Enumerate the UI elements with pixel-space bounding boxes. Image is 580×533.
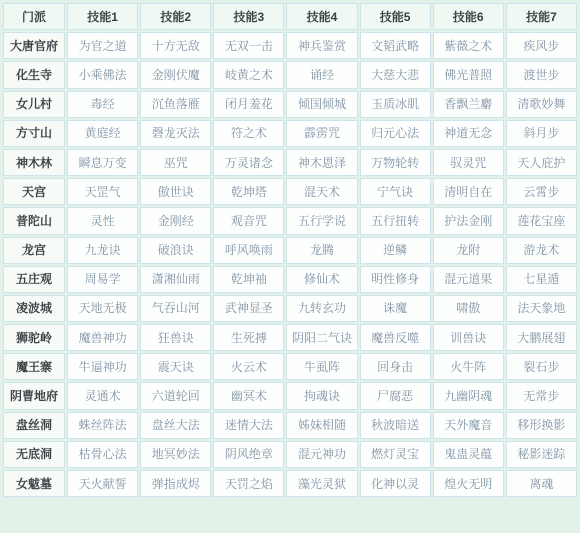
faction-name-cell: 化生寺	[3, 61, 65, 88]
table-row: 普陀山灵性金刚经观音咒五行学说五行扭转护法金刚莲花宝座	[3, 207, 577, 234]
skill-cell: 龙附	[433, 237, 504, 264]
skill-cell: 金刚伏魔	[140, 61, 211, 88]
faction-name-cell: 神木林	[3, 149, 65, 176]
table-row: 凌波城天地无极气吞山河武神显圣九转玄功诛魔啸傲法天象地	[3, 295, 577, 322]
skill-cell: 九龙诀	[67, 237, 138, 264]
skill-cell: 蛛丝阵法	[67, 412, 138, 439]
skill-cell: 破浪诀	[140, 237, 211, 264]
skill-cell: 五行扭转	[360, 207, 431, 234]
skill-cell: 游龙术	[506, 237, 577, 264]
skill-cell: 回身击	[360, 353, 431, 380]
skill-cell: 天火献誓	[67, 470, 138, 497]
skill-cell: 磬龙灭法	[140, 120, 211, 147]
skill-cell: 神木恩泽	[286, 149, 357, 176]
skill-cell: 莲花宝座	[506, 207, 577, 234]
skill-cell: 乾坤塔	[213, 178, 284, 205]
skill-cell: 十方无敌	[140, 32, 211, 59]
skill-cell: 乾坤袖	[213, 266, 284, 293]
faction-name-cell: 大唐官府	[3, 32, 65, 59]
skill-cell: 拘魂诀	[286, 382, 357, 409]
skill-cell: 魔兽神功	[67, 324, 138, 351]
skill-cell: 万灵诸念	[213, 149, 284, 176]
column-header: 技能5	[360, 3, 431, 30]
skill-cell: 弹指成烬	[140, 470, 211, 497]
table-row: 魔王寨牛逼神功震天诀火云术牛虱阵回身击火牛阵裂石步	[3, 353, 577, 380]
skill-cell: 宁气诀	[360, 178, 431, 205]
skill-cell: 瞬息万变	[67, 149, 138, 176]
skill-cell: 潇湘仙雨	[140, 266, 211, 293]
skill-cell: 鬼蛊灵蕴	[433, 441, 504, 468]
skill-cell: 诵经	[286, 61, 357, 88]
skill-cell: 阴风绝章	[213, 441, 284, 468]
skills-table-container: 门派技能1技能2技能3技能4技能5技能6技能7 大唐官府为官之道十方无敌无双一击…	[0, 0, 580, 533]
table-row: 大唐官府为官之道十方无敌无双一击神兵鉴赏文韬武略紫薇之术疾风步	[3, 32, 577, 59]
skill-cell: 驭灵咒	[433, 149, 504, 176]
faction-name-cell: 狮驼岭	[3, 324, 65, 351]
skill-cell: 震天诀	[140, 353, 211, 380]
skill-cell: 天外魔音	[433, 412, 504, 439]
skill-cell: 牛虱阵	[286, 353, 357, 380]
skill-cell: 小乘佛法	[67, 61, 138, 88]
skill-cell: 渡世步	[506, 61, 577, 88]
table-body: 大唐官府为官之道十方无敌无双一击神兵鉴赏文韬武略紫薇之术疾风步化生寺小乘佛法金刚…	[3, 32, 577, 497]
skill-cell: 闭月羞花	[213, 91, 284, 118]
faction-name-cell: 无底洞	[3, 441, 65, 468]
skill-cell: 疾风步	[506, 32, 577, 59]
column-header: 技能3	[213, 3, 284, 30]
table-row: 女儿村毒经沉鱼落雁闭月羞花倾国倾城玉质冰肌香飘兰麝清歌妙舞	[3, 91, 577, 118]
skill-cell: 斜月步	[506, 120, 577, 147]
skill-cell: 五行学说	[286, 207, 357, 234]
column-header: 技能2	[140, 3, 211, 30]
skill-cell: 尸腐恶	[360, 382, 431, 409]
skill-cell: 龙腾	[286, 237, 357, 264]
skill-cell: 岐黄之术	[213, 61, 284, 88]
skill-cell: 灵性	[67, 207, 138, 234]
skill-cell: 九转玄功	[286, 295, 357, 322]
skill-cell: 傲世诀	[140, 178, 211, 205]
table-row: 狮驼岭魔兽神功狂兽诀生死搏阴阳二气诀魔兽反噬训兽诀大鹏展翅	[3, 324, 577, 351]
skill-cell: 清明自在	[433, 178, 504, 205]
skill-cell: 文韬武略	[360, 32, 431, 59]
skill-cell: 迷情大法	[213, 412, 284, 439]
skill-cell: 幽冥术	[213, 382, 284, 409]
skill-cell: 盘丝大法	[140, 412, 211, 439]
skill-cell: 移形换影	[506, 412, 577, 439]
skill-cell: 金刚经	[140, 207, 211, 234]
skill-cell: 混元神功	[286, 441, 357, 468]
skill-cell: 裂石步	[506, 353, 577, 380]
skill-cell: 燃灯灵宝	[360, 441, 431, 468]
faction-name-cell: 魔王寨	[3, 353, 65, 380]
skill-cell: 七星遁	[506, 266, 577, 293]
skill-cell: 秘影迷踪	[506, 441, 577, 468]
faction-name-cell: 五庄观	[3, 266, 65, 293]
column-header: 门派	[3, 3, 65, 30]
skill-cell: 九幽阴魂	[433, 382, 504, 409]
skill-cell: 秋波暗送	[360, 412, 431, 439]
skill-cell: 天人庇护	[506, 149, 577, 176]
skill-cell: 武神显圣	[213, 295, 284, 322]
table-row: 天宫天罡气傲世诀乾坤塔混天术宁气诀清明自在云霄步	[3, 178, 577, 205]
column-header: 技能6	[433, 3, 504, 30]
skill-cell: 呼风唤雨	[213, 237, 284, 264]
skill-cell: 姊妹相随	[286, 412, 357, 439]
skill-cell: 符之术	[213, 120, 284, 147]
skill-cell: 神道无念	[433, 120, 504, 147]
skill-cell: 云霄步	[506, 178, 577, 205]
skill-cell: 火云术	[213, 353, 284, 380]
skill-cell: 大慈大悲	[360, 61, 431, 88]
skill-cell: 天罚之焰	[213, 470, 284, 497]
table-row: 神木林瞬息万变巫咒万灵诸念神木恩泽万物轮转驭灵咒天人庇护	[3, 149, 577, 176]
column-header: 技能4	[286, 3, 357, 30]
skill-cell: 周易学	[67, 266, 138, 293]
table-row: 五庄观周易学潇湘仙雨乾坤袖修仙术明性修身混元道果七星遁	[3, 266, 577, 293]
faction-name-cell: 凌波城	[3, 295, 65, 322]
faction-name-cell: 天宫	[3, 178, 65, 205]
skill-cell: 天罡气	[67, 178, 138, 205]
skill-cell: 逆鳞	[360, 237, 431, 264]
skill-cell: 无常步	[506, 382, 577, 409]
faction-name-cell: 阴曹地府	[3, 382, 65, 409]
skill-cell: 巫咒	[140, 149, 211, 176]
table-row: 女魃墓天火献誓弹指成烬天罚之焰藻光灵狱化神以灵煌火无明离魂	[3, 470, 577, 497]
skill-cell: 诛魔	[360, 295, 431, 322]
skill-cell: 魔兽反噬	[360, 324, 431, 351]
skill-cell: 离魂	[506, 470, 577, 497]
table-row: 无底洞枯骨心法地冥妙法阴风绝章混元神功燃灯灵宝鬼蛊灵蕴秘影迷踪	[3, 441, 577, 468]
sect-skills-table: 门派技能1技能2技能3技能4技能5技能6技能7 大唐官府为官之道十方无敌无双一击…	[1, 1, 579, 499]
faction-name-cell: 龙宫	[3, 237, 65, 264]
skill-cell: 紫薇之术	[433, 32, 504, 59]
skill-cell: 啸傲	[433, 295, 504, 322]
skill-cell: 观音咒	[213, 207, 284, 234]
skill-cell: 护法金刚	[433, 207, 504, 234]
table-row: 阴曹地府灵通术六道轮回幽冥术拘魂诀尸腐恶九幽阴魂无常步	[3, 382, 577, 409]
skill-cell: 毒经	[67, 91, 138, 118]
skill-cell: 霹雳咒	[286, 120, 357, 147]
skill-cell: 灵通术	[67, 382, 138, 409]
skill-cell: 神兵鉴赏	[286, 32, 357, 59]
skill-cell: 混元道果	[433, 266, 504, 293]
faction-name-cell: 方寸山	[3, 120, 65, 147]
skill-cell: 清歌妙舞	[506, 91, 577, 118]
skill-cell: 枯骨心法	[67, 441, 138, 468]
skill-cell: 天地无极	[67, 295, 138, 322]
skill-cell: 煌火无明	[433, 470, 504, 497]
skill-cell: 修仙术	[286, 266, 357, 293]
skill-cell: 牛逼神功	[67, 353, 138, 380]
skill-cell: 佛光普照	[433, 61, 504, 88]
column-header: 技能7	[506, 3, 577, 30]
skill-cell: 法天象地	[506, 295, 577, 322]
skill-cell: 气吞山河	[140, 295, 211, 322]
table-row: 化生寺小乘佛法金刚伏魔岐黄之术诵经大慈大悲佛光普照渡世步	[3, 61, 577, 88]
skill-cell: 万物轮转	[360, 149, 431, 176]
skill-cell: 倾国倾城	[286, 91, 357, 118]
skill-cell: 玉质冰肌	[360, 91, 431, 118]
skill-cell: 藻光灵狱	[286, 470, 357, 497]
faction-name-cell: 盘丝洞	[3, 412, 65, 439]
skill-cell: 为官之道	[67, 32, 138, 59]
column-header: 技能1	[67, 3, 138, 30]
skill-cell: 训兽诀	[433, 324, 504, 351]
skill-cell: 无双一击	[213, 32, 284, 59]
faction-name-cell: 普陀山	[3, 207, 65, 234]
skill-cell: 混天术	[286, 178, 357, 205]
skill-cell: 狂兽诀	[140, 324, 211, 351]
header-row: 门派技能1技能2技能3技能4技能5技能6技能7	[3, 3, 577, 30]
skill-cell: 六道轮回	[140, 382, 211, 409]
skill-cell: 生死搏	[213, 324, 284, 351]
table-row: 龙宫九龙诀破浪诀呼风唤雨龙腾逆鳞龙附游龙术	[3, 237, 577, 264]
skill-cell: 化神以灵	[360, 470, 431, 497]
table-row: 方寸山黄庭经磬龙灭法符之术霹雳咒归元心法神道无念斜月步	[3, 120, 577, 147]
skill-cell: 地冥妙法	[140, 441, 211, 468]
skill-cell: 明性修身	[360, 266, 431, 293]
faction-name-cell: 女儿村	[3, 91, 65, 118]
faction-name-cell: 女魃墓	[3, 470, 65, 497]
skill-cell: 大鹏展翅	[506, 324, 577, 351]
skill-cell: 黄庭经	[67, 120, 138, 147]
skill-cell: 沉鱼落雁	[140, 91, 211, 118]
skill-cell: 香飘兰麝	[433, 91, 504, 118]
skill-cell: 火牛阵	[433, 353, 504, 380]
skill-cell: 归元心法	[360, 120, 431, 147]
skill-cell: 阴阳二气诀	[286, 324, 357, 351]
table-row: 盘丝洞蛛丝阵法盘丝大法迷情大法姊妹相随秋波暗送天外魔音移形换影	[3, 412, 577, 439]
